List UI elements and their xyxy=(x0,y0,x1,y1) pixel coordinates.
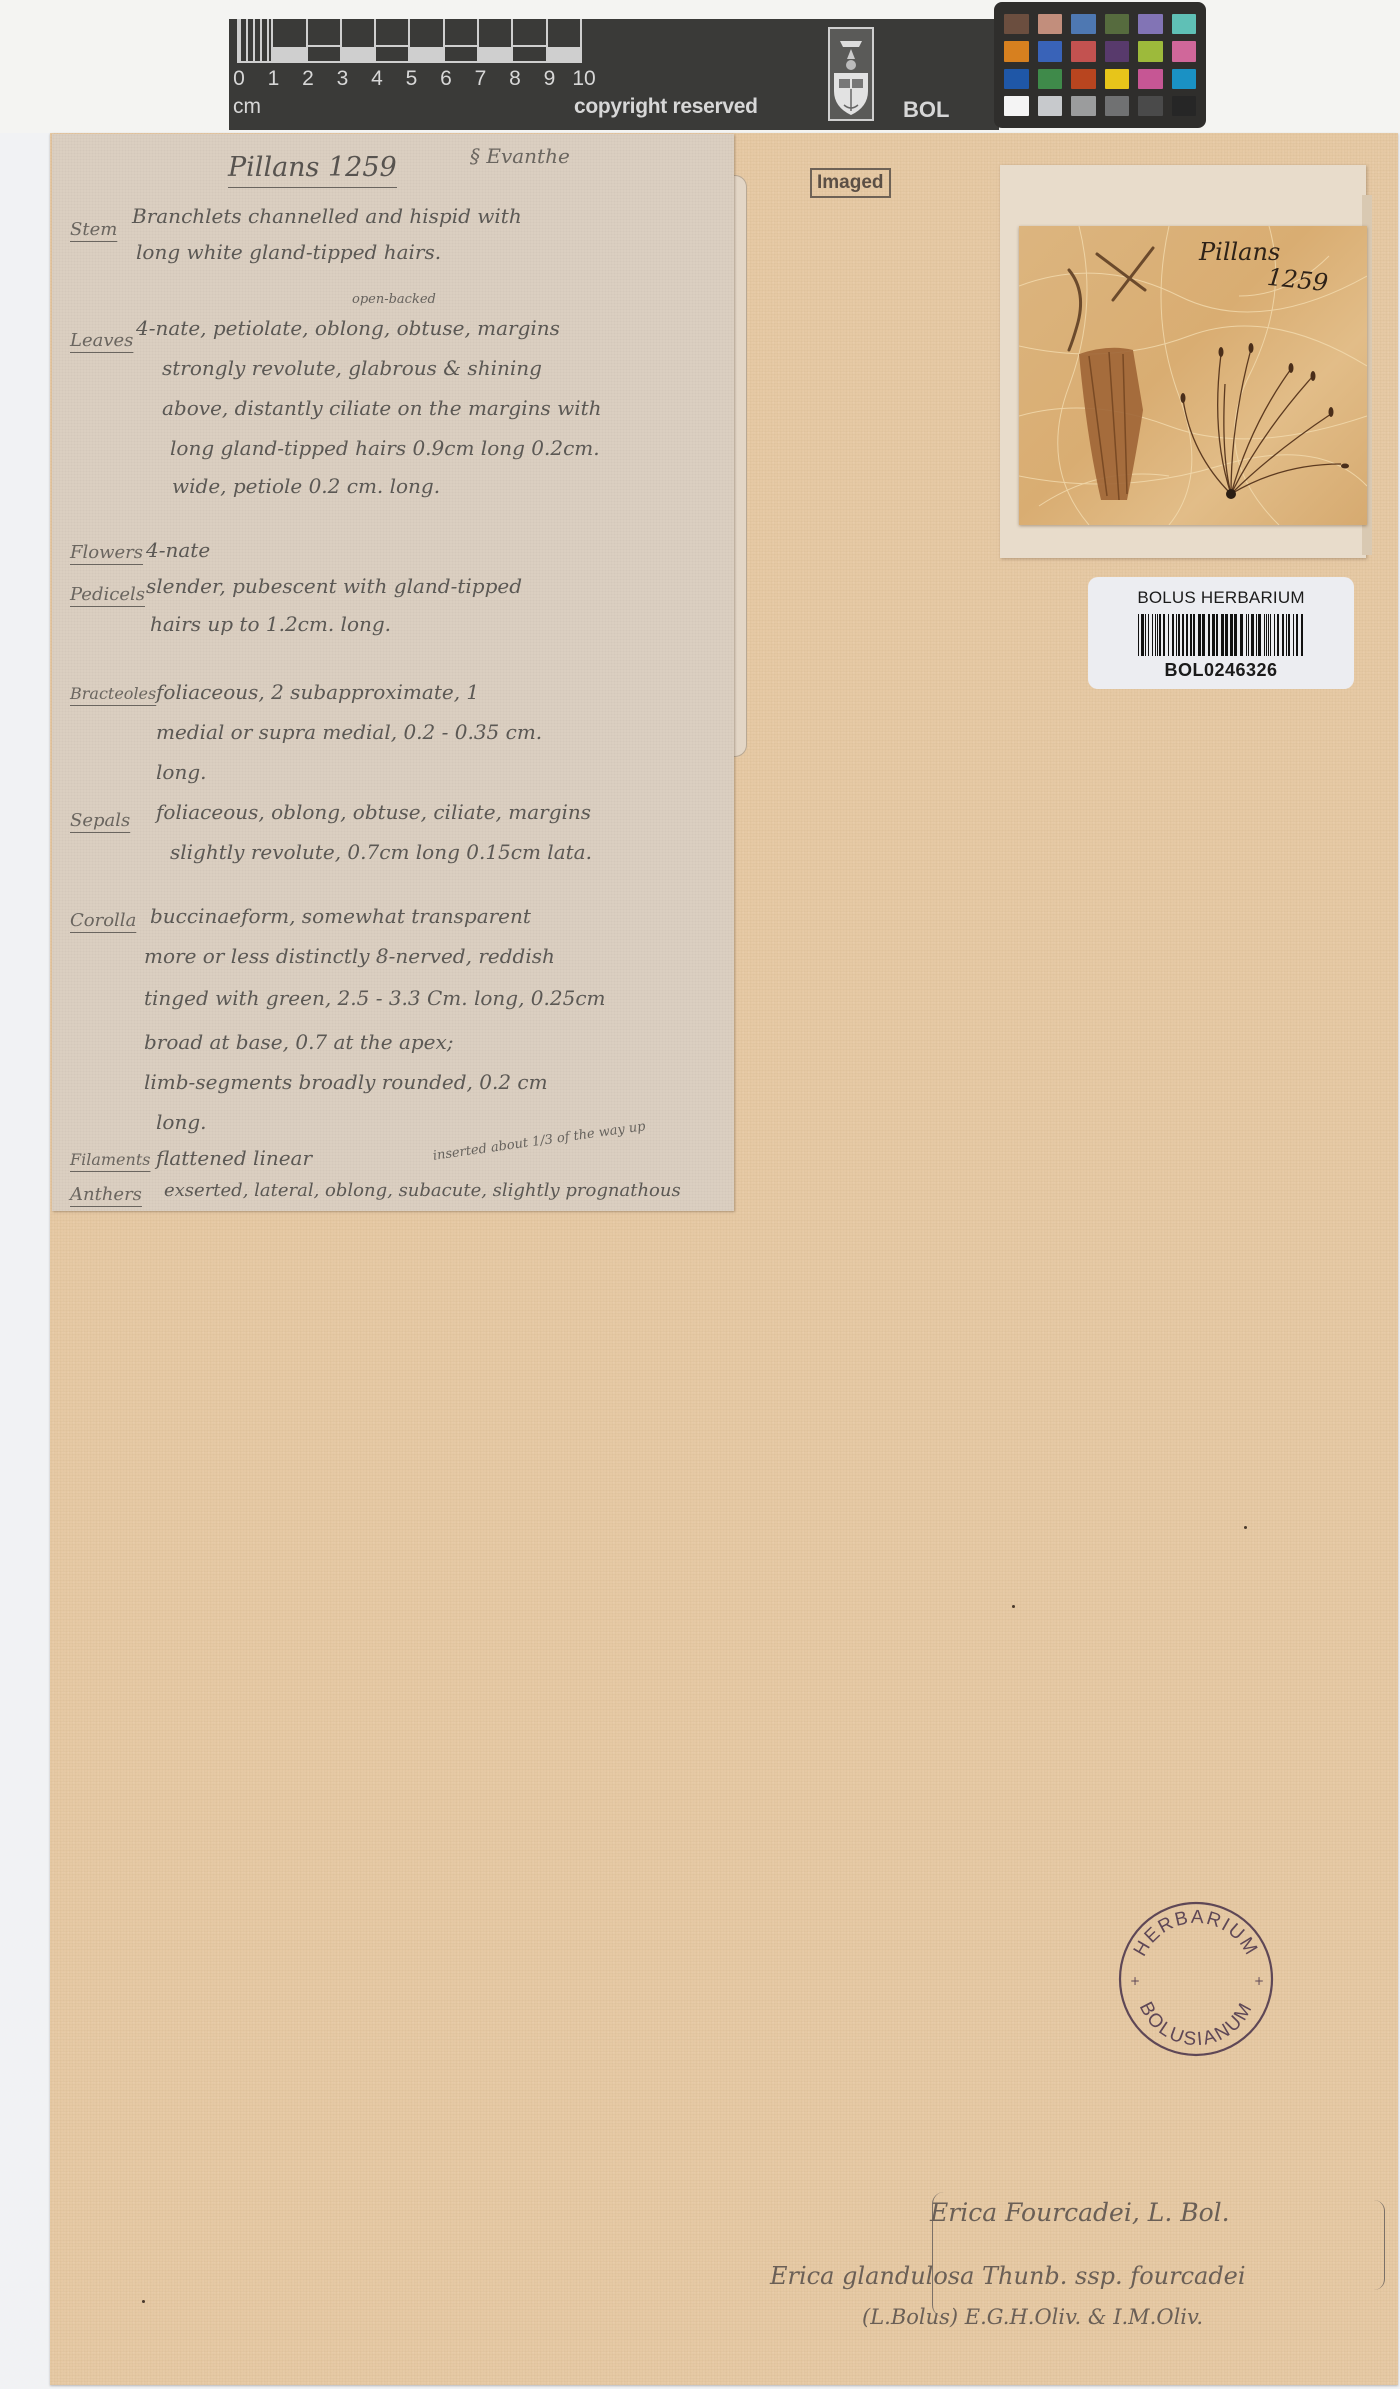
determination-authority: (L.Bolus) E.G.H.Oliv. & I.M.Oliv. xyxy=(862,2305,1203,2329)
color-chip xyxy=(1105,14,1130,34)
note-line: medial or supra medial, 0.2 - 0.35 cm. xyxy=(156,720,542,744)
note-line: limb-segments broadly rounded, 0.2 cm xyxy=(144,1070,548,1094)
color-chip xyxy=(1138,69,1163,89)
note-line: flattened linear xyxy=(156,1146,312,1170)
color-chip xyxy=(1071,14,1096,34)
ruler-tick-label: 8 xyxy=(509,67,521,91)
specimen-card: Pillans 1259 xyxy=(1019,226,1367,525)
color-chip xyxy=(1071,41,1096,61)
note-line: hairs up to 1.2cm. long. xyxy=(150,612,391,636)
imaged-stamp: Imaged xyxy=(810,168,891,198)
label-stem: Stem xyxy=(70,219,117,240)
note-line: 4-nate xyxy=(146,538,210,562)
ruler-numbers: 012345678910 xyxy=(231,67,591,89)
scale-unit: cm xyxy=(233,95,261,119)
barcode-number: BOL0246326 xyxy=(1088,660,1354,681)
barcode-label: BOLUS HERBARIUM BOL0246326 xyxy=(1088,577,1354,689)
color-chip xyxy=(1071,69,1096,89)
color-chip xyxy=(1172,96,1197,116)
ruler-tick-label: 5 xyxy=(406,67,418,91)
label-corolla: Corolla xyxy=(70,910,136,931)
color-calibration-card xyxy=(994,2,1206,128)
collector-name: Pillans xyxy=(1199,238,1280,266)
note-line: tinged with green, 2.5 - 3.3 Cm. long, 0… xyxy=(144,986,606,1010)
note-line: long. xyxy=(156,1110,206,1134)
svg-text:+: + xyxy=(1254,1974,1264,1988)
note-line: more or less distinctly 8-nerved, reddis… xyxy=(144,944,555,968)
ruler-tick-label: 2 xyxy=(302,67,314,91)
label-anthers: Anthers xyxy=(70,1184,142,1205)
ruler-tick-label: 1 xyxy=(268,67,280,91)
color-chip xyxy=(1004,69,1029,89)
note-fold xyxy=(732,175,747,757)
note-insert: inserted about 1/3 of the way up xyxy=(432,1119,646,1164)
color-chip xyxy=(1138,14,1163,34)
color-chip xyxy=(1105,96,1130,116)
color-chip xyxy=(1172,69,1197,89)
color-chip xyxy=(1138,41,1163,61)
note-line: Branchlets channelled and hispid with xyxy=(132,204,522,228)
color-chip xyxy=(1105,69,1130,89)
color-chip xyxy=(1172,41,1197,61)
ruler-tick-label: 9 xyxy=(544,67,556,91)
barcode-title: BOLUS HERBARIUM xyxy=(1088,588,1354,608)
ruler xyxy=(237,19,582,63)
note-line: foliaceous, oblong, obtuse, ciliate, mar… xyxy=(156,800,591,824)
ruler-tick-label: 4 xyxy=(371,67,383,91)
color-chip xyxy=(1071,96,1096,116)
label-sepals: Sepals xyxy=(70,810,130,831)
label-bracteoles: Bracteoles xyxy=(70,684,156,703)
note-line: strongly revolute, glabrous & shining xyxy=(162,356,542,380)
speck xyxy=(142,2300,145,2303)
svg-text:HERBARIUM: HERBARIUM xyxy=(1130,1907,1262,1960)
scale-bar: 012345678910 cm copyright reserved BOL xyxy=(229,19,999,130)
color-chip xyxy=(1105,41,1130,61)
specimen-packet: Pillans 1259 xyxy=(1000,165,1366,558)
label-flowers: Flowers xyxy=(70,542,143,563)
note-line: slightly revolute, 0.7cm long 0.15cm lat… xyxy=(170,840,592,864)
ruler-tick-label: 0 xyxy=(233,67,245,91)
determination-original: Erica Fourcadei, L. Bol. xyxy=(930,2198,1230,2227)
note-line: exserted, lateral, oblong, subacute, sli… xyxy=(164,1180,681,1201)
note-line: long. xyxy=(156,760,206,784)
color-chip xyxy=(1038,41,1063,61)
note-section-ref: § Evanthe xyxy=(470,144,570,168)
note-line: above, distantly ciliate on the margins … xyxy=(162,396,602,420)
label-pedicels: Pedicels xyxy=(70,584,145,605)
svg-text:+: + xyxy=(1130,1974,1140,1988)
ruler-tick-label: 10 xyxy=(572,67,595,91)
note-line: long white gland-tipped hairs. xyxy=(136,240,441,264)
note-line: slender, pubescent with gland-tipped xyxy=(146,574,522,598)
university-crest-icon xyxy=(828,27,874,121)
label-filaments: Filaments xyxy=(70,1150,150,1169)
color-chip xyxy=(1004,96,1029,116)
determination-current: Erica glandulosa Thunb. ssp. fourcadei xyxy=(770,2262,1246,2290)
note-insert: open-backed xyxy=(352,292,436,307)
note-line: buccinaeform, somewhat transparent xyxy=(150,904,531,928)
note-line: wide, petiole 0.2 cm. long. xyxy=(172,474,440,498)
color-chip xyxy=(1038,69,1063,89)
barcode-icon xyxy=(1138,614,1304,656)
color-chip xyxy=(1004,41,1029,61)
description-note: Pillans 1259 § Evanthe Stem Branchlets c… xyxy=(52,134,734,1211)
specimen-collector-label: Pillans 1259 xyxy=(1199,240,1328,292)
color-chip xyxy=(1038,96,1063,116)
ruler-tick-label: 3 xyxy=(337,67,349,91)
color-chip xyxy=(1138,96,1163,116)
note-line: foliaceous, 2 subapproximate, 1 xyxy=(156,680,479,704)
speck xyxy=(1244,1526,1247,1529)
institution-code: BOL xyxy=(903,97,949,123)
note-line: broad at base, 0.7 at the apex; xyxy=(144,1030,454,1054)
copyright-text: copyright reserved xyxy=(574,95,758,119)
collector-number: 1259 xyxy=(1266,265,1329,295)
note-line: long gland-tipped hairs 0.9cm long 0.2cm… xyxy=(170,436,600,460)
speck xyxy=(1012,1605,1015,1608)
bracket-right xyxy=(1374,2200,1385,2290)
color-chip xyxy=(1172,14,1197,34)
ruler-tick-label: 6 xyxy=(440,67,452,91)
color-chip xyxy=(1038,14,1063,34)
note-heading: Pillans 1259 xyxy=(228,152,397,188)
herbarium-stamp: HERBARIUM BOLUSIANUM + + xyxy=(1114,1897,1278,2061)
ruler-tick-label: 7 xyxy=(475,67,487,91)
color-chip xyxy=(1004,14,1029,34)
note-line: 4-nate, petiolate, oblong, obtuse, margi… xyxy=(136,316,560,340)
label-leaves: Leaves xyxy=(70,330,133,351)
